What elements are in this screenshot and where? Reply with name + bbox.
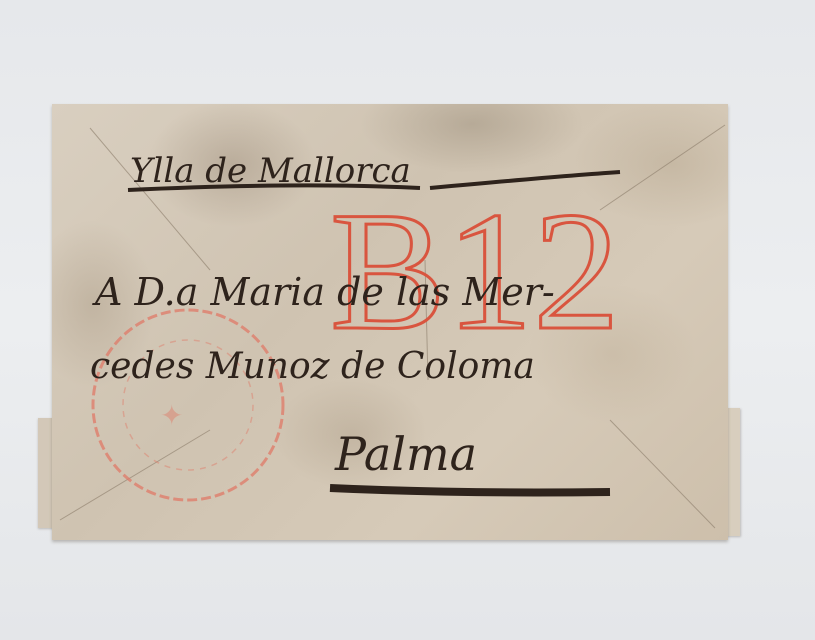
address-line-4: Palma — [334, 427, 477, 481]
address-line-3: cedes Munoz de Coloma — [90, 346, 535, 387]
photo-scene: ✦ B12 Ylla de Mallorca A D.a Maria de la… — [0, 0, 815, 640]
svg-text:✦: ✦ — [160, 401, 183, 432]
underline-palma — [330, 488, 610, 493]
address-line-2: A D.a Maria de las Mer- — [92, 270, 555, 314]
round-postmark: ✦ — [93, 310, 283, 500]
letter-markings: ✦ B12 Ylla de Mallorca A D.a Maria de la… — [0, 0, 815, 640]
